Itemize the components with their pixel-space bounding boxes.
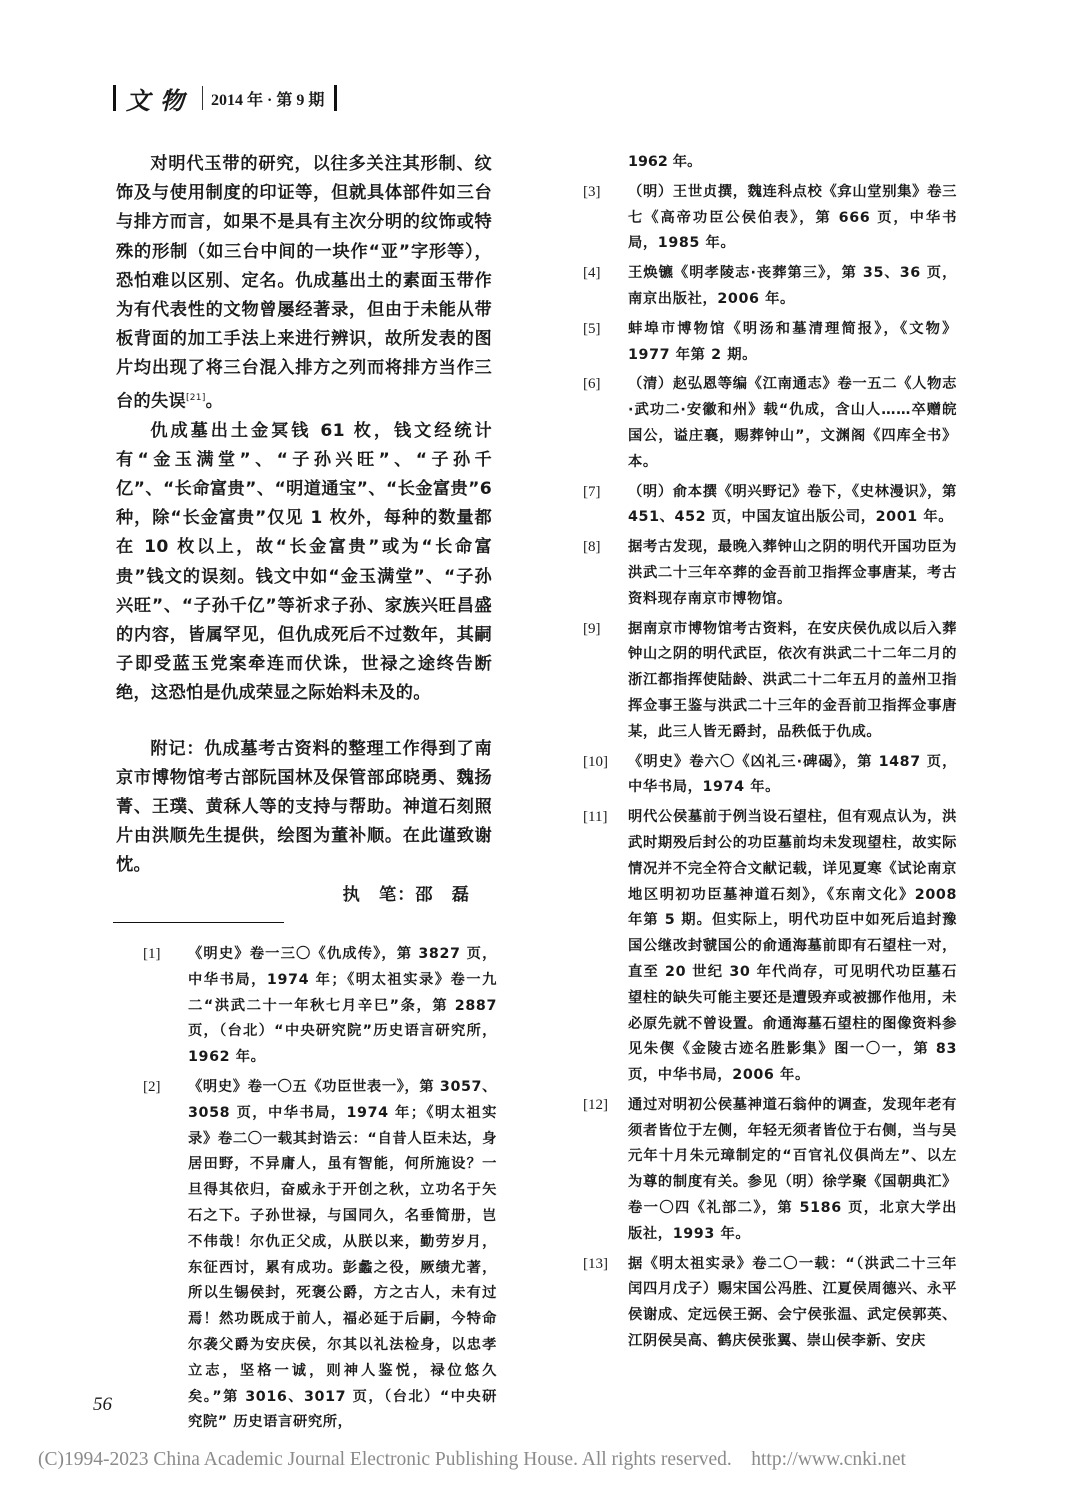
footnote-text: 通过对明初公侯墓神道石翁仲的调查，发现年老有须者皆位于左侧，年轻无须者皆位于右侧… [628, 1093, 957, 1248]
running-header: 文物 2014 年 · 第 9 期 [113, 84, 337, 112]
footnote-text: 王焕镳《明孝陵志·丧葬第三》，第 35、36 页，南京出版社，2006 年。 [628, 261, 957, 313]
main-text-column: 对明代玉带的研究，以往多关注其形制、纹饰及与使用制度的印证等，但就具体部件如三台… [116, 150, 492, 910]
footnote-item: [10]《明史》卷六〇《凶礼三·碑碣》，第 1487 页，中华书局，1974 年… [583, 750, 957, 802]
footnote-text: 据《明太祖实录》卷二〇一载：“（洪武二十三年闰四月戊子）赐宋国公冯胜、江夏侯周德… [628, 1252, 957, 1355]
footnote-text: （明）王世贞撰，魏连科点校《弇山堂别集》卷三七《高帝功臣公侯伯表》，第 666 … [628, 180, 957, 257]
footnote-text: （清）赵弘恩等编《江南通志》卷一五二《人物志·武功二·安徽和州》载“仇成，含山人… [628, 372, 957, 475]
journal-name: 文物 [126, 81, 194, 116]
footnote-number: [4] [583, 261, 628, 313]
footnote-number: [3] [583, 180, 628, 257]
footnote-text: 《明史》卷一〇五《功臣世表一》，第 3057、3058 页，中华书局，1974 … [188, 1075, 497, 1436]
footnote-number: [12] [583, 1093, 628, 1248]
copyright-notice: (C)1994-2023 China Academic Journal Elec… [38, 1449, 906, 1471]
footnote-text: 据考古发现，最晚入葬钟山之阴的明代开国功臣为洪武二十三年卒葬的金吾前卫指挥佥事唐… [628, 535, 957, 612]
header-divider [202, 86, 203, 110]
header-right-bar [334, 85, 337, 111]
footnote-text: 据南京市博物馆考古资料，在安庆侯仇成以后入葬钟山之阴的明代武臣，依次有洪武二十二… [628, 617, 957, 746]
footnote-item: [3]（明）王世贞撰，魏连科点校《弇山堂别集》卷三七《高帝功臣公侯伯表》，第 6… [583, 180, 957, 257]
footnote-number: [1] [143, 942, 188, 1071]
footnote-text: （明）俞本撰《明兴野记》卷下，《史林漫识》，第 451、452 页，中国友谊出版… [628, 480, 957, 532]
body-paragraph-1: 对明代玉带的研究，以往多关注其形制、纹饰及与使用制度的印证等，但就具体部件如三台… [116, 150, 492, 417]
issue-label: 2014 年 · 第 9 期 [211, 87, 324, 110]
footnote-item: [8]据考古发现，最晚入葬钟山之阴的明代开国功臣为洪武二十三年卒葬的金吾前卫指挥… [583, 535, 957, 612]
footnote-text: 《明史》卷六〇《凶礼三·碑碣》，第 1487 页，中华书局，1974 年。 [628, 750, 957, 802]
footnote-text: 明代公侯墓前于例当设石望柱，但有观点认为，洪武时期殁后封公的功臣墓前均未发现望柱… [628, 805, 957, 1089]
header-left-bar [113, 85, 116, 111]
footnote-rule [113, 922, 284, 923]
footnote-number: [7] [583, 480, 628, 532]
footnote-number: [8] [583, 535, 628, 612]
footnotes-left: [1] 《明史》卷一三〇《仇成传》，第 3827 页，中华书局，1974 年；《… [143, 942, 497, 1440]
footnote-number: [5] [583, 317, 628, 369]
author-line: 执 笔：邵 磊 [116, 881, 492, 910]
footnote-number: [2] [143, 1075, 188, 1436]
footnote-text: 蚌埠市博物馆《明汤和墓清理简报》，《文物》1977 年第 2 期。 [628, 317, 957, 369]
footnote-item: [2] 《明史》卷一〇五《功臣世表一》，第 3057、3058 页，中华书局，1… [143, 1075, 497, 1436]
footnote-number: [10] [583, 750, 628, 802]
footnote-item: [9]据南京市博物馆考古资料，在安庆侯仇成以后入葬钟山之阴的明代武臣，依次有洪武… [583, 617, 957, 746]
footnote-number: [6] [583, 372, 628, 475]
footnotes-right: 1962 年。 [3]（明）王世贞撰，魏连科点校《弇山堂别集》卷三七《高帝功臣公… [583, 150, 957, 1359]
footnote-number: [9] [583, 617, 628, 746]
acknowledgement: 附记：仇成墓考古资料的整理工作得到了南京市博物馆考古部阮国林及保管部邱晓勇、魏扬… [116, 735, 492, 881]
footnote-number: [11] [583, 805, 628, 1089]
footnote-item: [11]明代公侯墓前于例当设石望柱，但有观点认为，洪武时期殁后封公的功臣墓前均未… [583, 805, 957, 1089]
footnote-item: [12]通过对明初公侯墓神道石翁仲的调查，发现年老有须者皆位于左侧，年轻无须者皆… [583, 1093, 957, 1248]
footnote-number: [13] [583, 1252, 628, 1355]
footnote-item: [13]据《明太祖实录》卷二〇一载：“（洪武二十三年闰四月戊子）赐宋国公冯胜、江… [583, 1252, 957, 1355]
citation-21[interactable]: [21] [186, 393, 206, 403]
footnote-text: 《明史》卷一三〇《仇成传》，第 3827 页，中华书局，1974 年；《明太祖实… [188, 942, 497, 1071]
footnote-item: [4]王焕镳《明孝陵志·丧葬第三》，第 35、36 页，南京出版社，2006 年… [583, 261, 957, 313]
footnote-item: [1] 《明史》卷一三〇《仇成传》，第 3827 页，中华书局，1974 年；《… [143, 942, 497, 1071]
footnote-item: [6]（清）赵弘恩等编《江南通志》卷一五二《人物志·武功二·安徽和州》载“仇成，… [583, 372, 957, 475]
footnote-continuation: 1962 年。 [583, 150, 957, 176]
footnote-item: [5]蚌埠市博物馆《明汤和墓清理简报》，《文物》1977 年第 2 期。 [583, 317, 957, 369]
page-number: 56 [93, 1394, 112, 1416]
body-paragraph-2: 仇成墓出土金冥钱 61 枚，钱文经统计有“金玉满堂”、“子孙兴旺”、“子孙千亿”… [116, 417, 492, 709]
footnote-item: [7]（明）俞本撰《明兴野记》卷下，《史林漫识》，第 451、452 页，中国友… [583, 480, 957, 532]
